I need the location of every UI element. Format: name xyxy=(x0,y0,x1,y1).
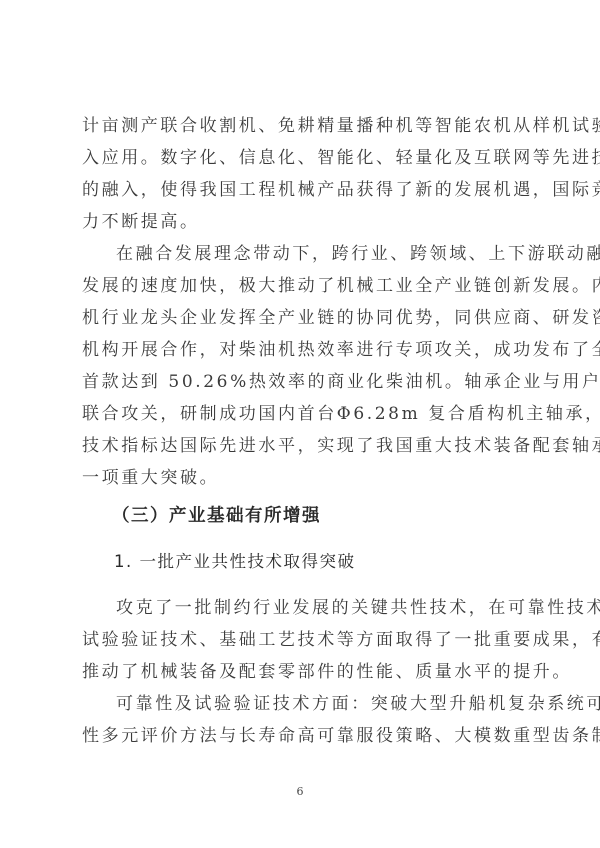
paragraph-line: 攻克了一批制约行业发展的关键共性技术，在可靠性技术、 xyxy=(116,598,524,618)
paragraph-line: 在融合发展理念带动下，跨行业、跨领域、上下游联动融合 xyxy=(116,244,524,264)
paragraph-line: 推动了机械装备及配套零部件的性能、质量水平的提升。 xyxy=(82,662,524,682)
paragraph-line: 技术指标达国际先进水平，实现了我国重大技术装备配套轴承的 xyxy=(82,436,524,456)
paragraph-line: 计亩测产联合收割机、免耕精量播种机等智能农机从样机试验步 xyxy=(82,116,524,136)
paragraph-line: 一项重大突破。 xyxy=(82,468,524,488)
paragraph-line: 力不断提高。 xyxy=(82,212,524,232)
paragraph-line: 首款达到 50.26%热效率的商业化柴油机。轴承企业与用户单位 xyxy=(82,372,524,392)
paragraph-line: 联合攻关，研制成功国内首台Φ6.28m 复合盾构机主轴承，各项 xyxy=(82,404,524,424)
paragraph-line: 机构开展合作，对柴油机热效率进行专项攻关，成功发布了全球 xyxy=(82,340,524,360)
section-heading: （三）产业基础有所增强 xyxy=(112,502,321,527)
paragraph-line: 试验验证技术、基础工艺技术等方面取得了一批重要成果，有效 xyxy=(82,630,524,650)
paragraph-line: 机行业龙头企业发挥全产业链的协同优势，同供应商、研发咨询 xyxy=(82,308,524,328)
paragraph-line: 发展的速度加快，极大推动了机械工业全产业链创新发展。内燃 xyxy=(82,276,524,296)
paragraph-line: 可靠性及试验验证技术方面：突破大型升船机复杂系统可靠 xyxy=(116,694,524,714)
paragraph-line: 性多元评价方法与长寿命高可靠服役策略、大模数重型齿条制造 xyxy=(82,726,524,746)
paragraph-line: 入应用。数字化、信息化、智能化、轻量化及互联网等先进技术 xyxy=(82,148,524,168)
page-number: 6 xyxy=(0,785,600,798)
subsection-heading: 1. 一批产业共性技术取得突破 xyxy=(114,548,356,572)
paragraph-line: 的融入，使得我国工程机械产品获得了新的发展机遇，国际竞争 xyxy=(82,180,524,200)
document-page: 计亩测产联合收割机、免耕精量播种机等智能农机从样机试验步 入应用。数字化、信息化… xyxy=(0,0,600,848)
